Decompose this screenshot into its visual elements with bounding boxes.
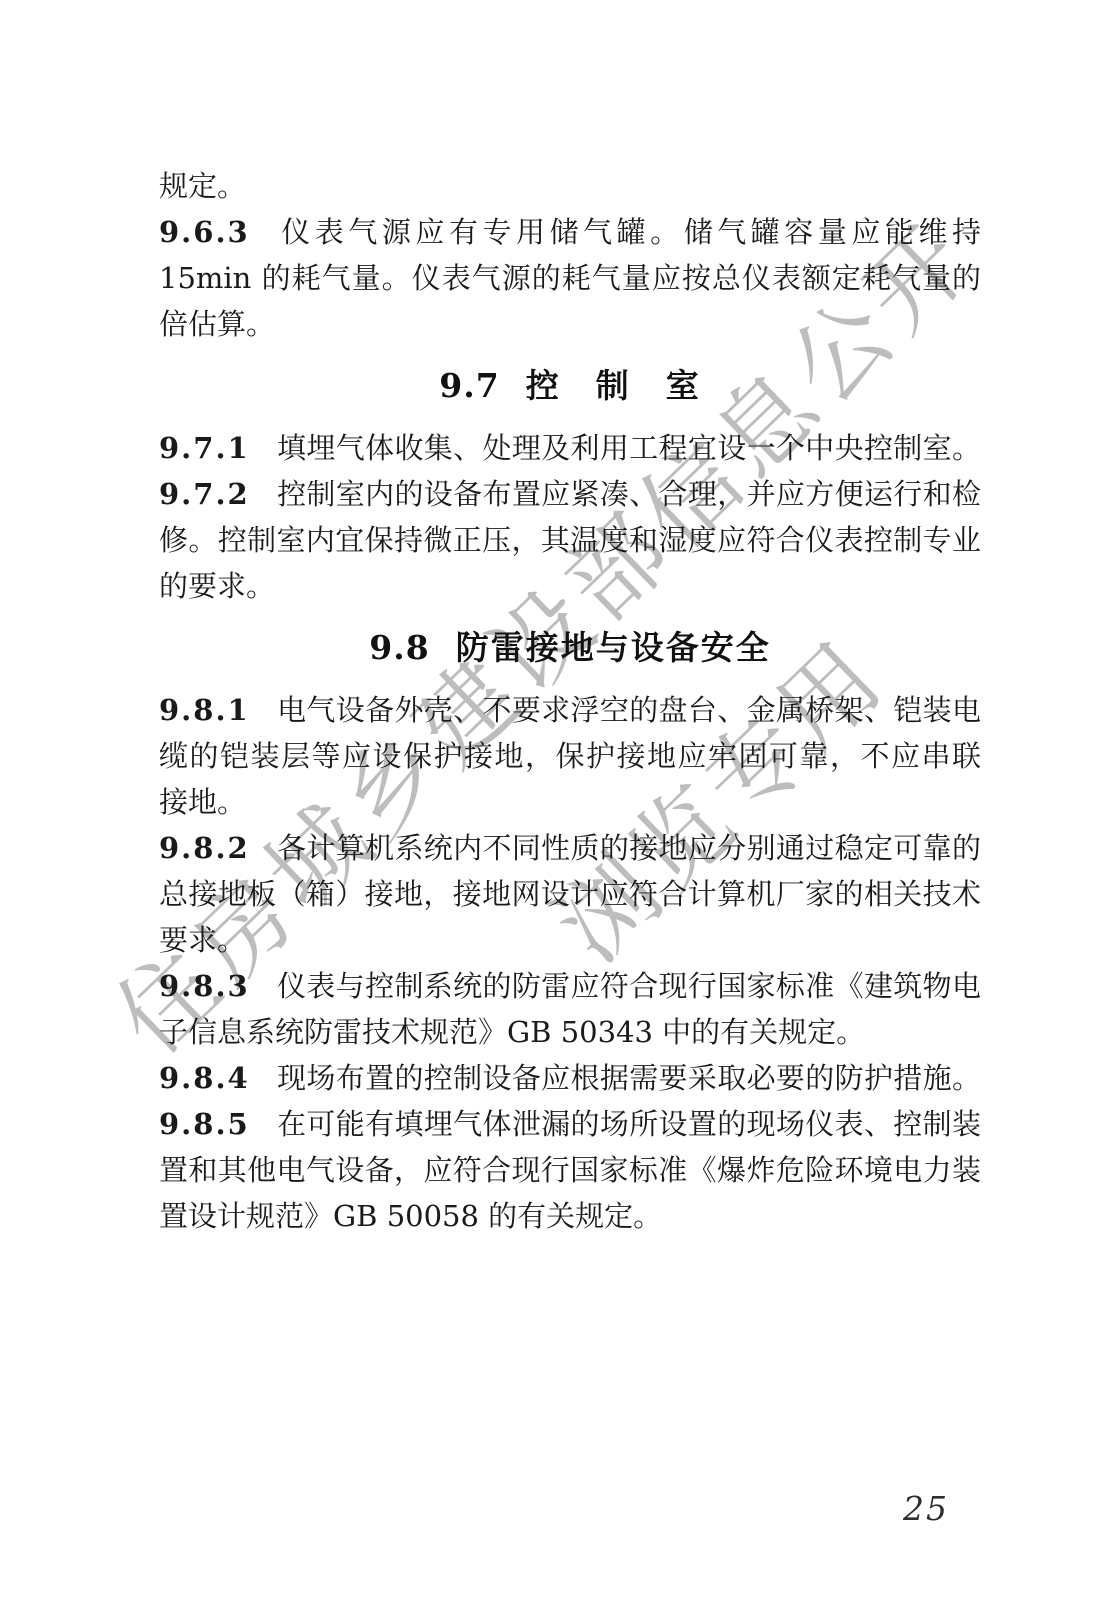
clause-9-8-4-line-1: 9.8.4现场布置的控制设备应根据需要采取必要的防护措施。 xyxy=(159,1055,981,1101)
clause-9-7-1-line-1: 9.7.1填埋气体收集、处理及利用工程宜设一个中央控制室。 xyxy=(159,425,981,471)
clause-9-8-3-line-1: 9.8.3仪表与控制系统的防雷应符合现行国家标准《建筑物电 xyxy=(159,963,981,1009)
clause-9-8-5-line-3: 置设计规范》GB 50058 的有关规定。 xyxy=(159,1193,981,1239)
section-heading-9-7: 9.7控 制 室 xyxy=(159,363,981,409)
clause-text: 仪表气源应有专用储气罐。储气罐容量应能维持 10min～ xyxy=(159,215,981,255)
clause-text: 各计算机系统内不同性质的接地应分别通过稳定可靠的 xyxy=(277,831,981,865)
clause-number: 9.8.5 xyxy=(159,1107,250,1141)
clause-9-8-5-line-1: 9.8.5在可能有填埋气体泄漏的场所设置的现场仪表、控制装 xyxy=(159,1101,981,1147)
clause-number: 9.7.2 xyxy=(159,477,250,511)
page-number: 25 xyxy=(903,1489,949,1528)
clause-9-7-2-line-3: 的要求。 xyxy=(159,563,981,609)
heading-number: 9.8 xyxy=(369,628,429,667)
clause-number: 9.7.1 xyxy=(159,431,250,465)
clause-9-8-2-line-2: 总接地板（箱）接地，接地网设计应符合计算机厂家的相关技术 xyxy=(159,871,981,917)
clause-9-8-1-line-1: 9.8.1电气设备外壳、不要求浮空的盘台、金属桥架、铠装电 xyxy=(159,687,981,733)
clause-number: 9.8.4 xyxy=(159,1061,250,1095)
clause-9-6-3-line-3: 倍估算。 xyxy=(159,301,981,347)
clause-9-7-2-line-2: 修。控制室内宜保持微正压，其温度和湿度应符合仪表控制专业 xyxy=(159,517,981,563)
clause-text: 填埋气体收集、处理及利用工程宜设一个中央控制室。 xyxy=(277,431,981,465)
document-page: { "document": { "page_number": "25", "wa… xyxy=(0,0,1103,1597)
heading-title: 控 制 室 xyxy=(526,366,701,405)
clause-number: 9.8.2 xyxy=(159,831,250,865)
clause-text: 电气设备外壳、不要求浮空的盘台、金属桥架、铠装电 xyxy=(277,693,981,727)
clause-9-6-3-line-1: 9.6.3仪表气源应有专用储气罐。储气罐容量应能维持 10min～ xyxy=(159,209,981,255)
clause-number: 9.8.1 xyxy=(159,693,250,727)
clause-9-6-3-line-2: 15min 的耗气量。仪表气源的耗气量应按总仪表额定耗气量的 2 xyxy=(159,255,981,301)
clause-9-8-1-line-3: 接地。 xyxy=(159,779,981,825)
paragraph-line: 规定。 xyxy=(159,163,981,209)
clause-9-8-5-line-2: 置和其他电气设备，应符合现行国家标准《爆炸危险环境电力装 xyxy=(159,1147,981,1193)
body-text: 规定。 9.6.3仪表气源应有专用储气罐。储气罐容量应能维持 10min～ 15… xyxy=(159,163,981,1239)
clause-text: 控制室内的设备布置应紧凑、合理，并应方便运行和检 xyxy=(277,477,981,511)
clause-9-8-2-line-1: 9.8.2各计算机系统内不同性质的接地应分别通过稳定可靠的 xyxy=(159,825,981,871)
clause-text: 现场布置的控制设备应根据需要采取必要的防护措施。 xyxy=(277,1061,981,1095)
clause-9-8-1-line-2: 缆的铠装层等应设保护接地，保护接地应牢固可靠，不应串联 xyxy=(159,733,981,779)
clause-number: 9.6.3 xyxy=(159,215,250,249)
clause-9-8-3-line-2: 子信息系统防雷技术规范》GB 50343 中的有关规定。 xyxy=(159,1009,981,1055)
clause-9-8-2-line-3: 要求。 xyxy=(159,917,981,963)
heading-title: 防雷接地与设备安全 xyxy=(456,628,771,667)
clause-9-7-2-line-1: 9.7.2控制室内的设备布置应紧凑、合理，并应方便运行和检 xyxy=(159,471,981,517)
clause-number: 9.8.3 xyxy=(159,969,250,1003)
clause-text: 仪表与控制系统的防雷应符合现行国家标准《建筑物电 xyxy=(277,969,981,1003)
clause-text: 在可能有填埋气体泄漏的场所设置的现场仪表、控制装 xyxy=(277,1107,981,1141)
section-heading-9-8: 9.8防雷接地与设备安全 xyxy=(159,625,981,671)
heading-number: 9.7 xyxy=(439,366,499,405)
